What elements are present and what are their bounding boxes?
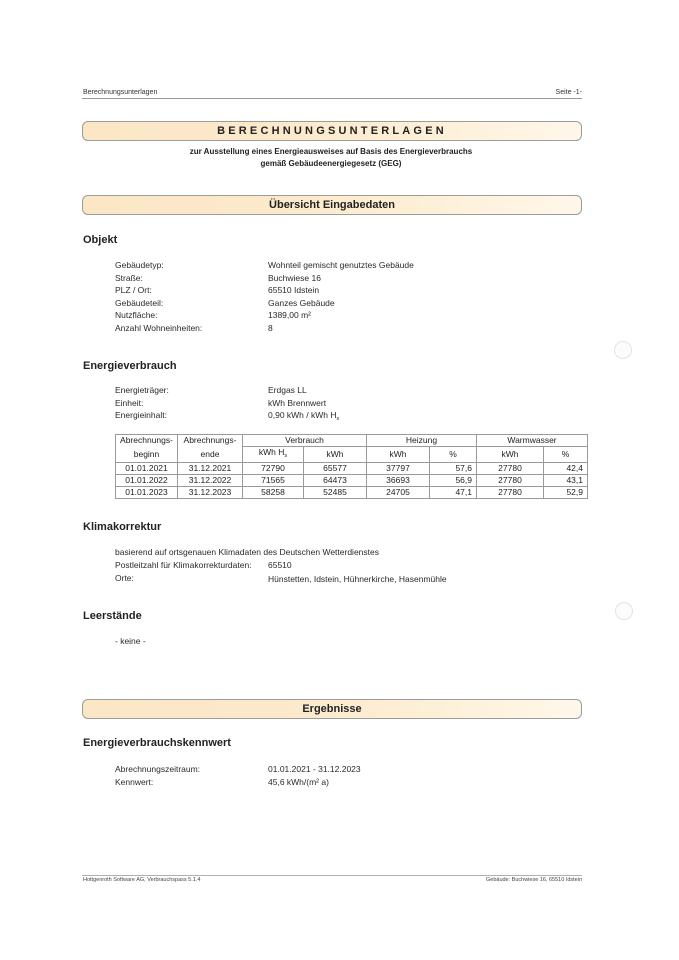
cell: 72790 (243, 463, 304, 475)
cell: 56,9 (430, 475, 477, 487)
page-header-title: Berechnungsunterlagen (83, 89, 157, 96)
cell: 27780 (477, 463, 544, 475)
col-header: kWh (304, 447, 367, 463)
klima-orte-label: Orte: (115, 573, 134, 583)
field-value: Wohnteil gemischt genutztes Gebäude (268, 259, 414, 272)
header-divider (82, 98, 582, 99)
objekt-row: Nutzfläche:1389,00 m² (115, 309, 414, 322)
objekt-details: Gebäudetyp:Wohnteil gemischt genutztes G… (115, 259, 414, 334)
section-title-klimakorrektur: Klimakorrektur (83, 521, 161, 533)
klima-orte-value: Hünstetten, Idstein, Hühnerkirche, Hasen… (268, 574, 447, 584)
objekt-row: PLZ / Ort:65510 Idstein (115, 284, 414, 297)
results-banner: Ergebnisse (82, 699, 582, 719)
table-row: 01.01.2023 31.12.2023 58258 52485 24705 … (116, 487, 588, 499)
cell: 47,1 (430, 487, 477, 499)
klima-plz-label: Postleitzahl für Klimakorrekturdaten: (115, 560, 252, 570)
cell: 37797 (367, 463, 430, 475)
subscript: s (284, 453, 287, 459)
klima-plz-value: 65510 (268, 560, 292, 570)
kennwert-row: Kennwert:45,6 kWh/(m² a) (115, 776, 361, 789)
table-row: 01.01.2022 31.12.2022 71565 64473 36693 … (116, 475, 588, 487)
cell: 58258 (243, 487, 304, 499)
col-group-header: Heizung (367, 435, 477, 447)
col-header: kWh (477, 447, 544, 463)
field-value: 8 (268, 322, 273, 335)
col-header: beginn (116, 447, 178, 463)
field-value: Erdgas LL (268, 384, 307, 397)
energie-row: Energieträger:Erdgas LL (115, 384, 339, 397)
field-label: Energieträger: (115, 384, 268, 397)
cell: 31.12.2021 (178, 463, 243, 475)
field-label: Nutzfläche: (115, 309, 268, 322)
cell: 42,4 (544, 463, 588, 475)
objekt-row: Gebäudetyp:Wohnteil gemischt genutztes G… (115, 259, 414, 272)
cell: 64473 (304, 475, 367, 487)
section-title-objekt: Objekt (83, 234, 117, 246)
energie-details: Energieträger:Erdgas LL Einheit:kWh Bren… (115, 384, 339, 426)
field-label: Kennwert: (115, 776, 268, 789)
cell: 65577 (304, 463, 367, 475)
section-title-leerstaende: Leerstände (83, 610, 142, 622)
objekt-row: Straße:Buchwiese 16 (115, 272, 414, 285)
col-header: % (544, 447, 588, 463)
col-header: Abrechnungs- (178, 435, 243, 447)
cell: 27780 (477, 475, 544, 487)
punch-hole-icon (615, 602, 633, 620)
klima-intro: basierend auf ortsgenauen Klimadaten des… (115, 547, 379, 557)
col-group-header: Warmwasser (477, 435, 588, 447)
subtitle: zur Ausstellung eines Energieausweises a… (0, 146, 662, 170)
field-label: Energieinhalt: (115, 409, 268, 426)
cell: 01.01.2023 (116, 487, 178, 499)
field-label: PLZ / Ort: (115, 284, 268, 297)
field-label: Gebäudetyp: (115, 259, 268, 272)
cell: 01.01.2021 (116, 463, 178, 475)
field-label: Abrechnungszeitraum: (115, 763, 268, 776)
field-label: Gebäudeteil: (115, 297, 268, 310)
col-header: % (430, 447, 477, 463)
field-label: Einheit: (115, 397, 268, 410)
objekt-row: Anzahl Wohneinheiten:8 (115, 322, 414, 335)
field-label: Straße: (115, 272, 268, 285)
cell: 31.12.2023 (178, 487, 243, 499)
table-row: 01.01.2021 31.12.2021 72790 65577 37797 … (116, 463, 588, 475)
energy-content-value: 0,90 kWh / kWh H (268, 410, 337, 420)
col-header: kWh (367, 447, 430, 463)
title-banner: BERECHNUNGSUNTERLAGEN (82, 121, 582, 141)
kennwert-details: Abrechnungszeitraum:01.01.2021 - 31.12.2… (115, 763, 361, 788)
cell: 71565 (243, 475, 304, 487)
col-group-header: Verbrauch (243, 435, 367, 447)
field-label: Anzahl Wohneinheiten: (115, 322, 268, 335)
footer-divider (82, 875, 582, 876)
cell: 36693 (367, 475, 430, 487)
cell: 01.01.2022 (116, 475, 178, 487)
kennwert-row: Abrechnungszeitraum:01.01.2021 - 31.12.2… (115, 763, 361, 776)
overview-banner: Übersicht Eingabedaten (82, 195, 582, 215)
section-title-energieverbrauch: Energieverbrauch (83, 360, 177, 372)
col-header-text: kWh H (259, 447, 285, 457)
cell: 24705 (367, 487, 430, 499)
field-value: 1389,00 m² (268, 309, 311, 322)
field-value: 65510 Idstein (268, 284, 319, 297)
table-subheader-row: beginn ende kWh Hs kWh kWh % kWh % (116, 447, 588, 463)
field-value: 0,90 kWh / kWh Hs (268, 409, 339, 426)
subtitle-line-2: gemäß Gebäudeenergiegesetz (GEG) (0, 158, 662, 170)
field-value: kWh Brennwert (268, 397, 326, 410)
subtitle-line-1: zur Ausstellung eines Energieausweises a… (0, 146, 662, 158)
punch-hole-icon (614, 341, 632, 359)
table-header-row: Abrechnungs- Abrechnungs- Verbrauch Heiz… (116, 435, 588, 447)
field-value: 45,6 kWh/(m² a) (268, 776, 329, 789)
page-number: Seite -1- (556, 89, 582, 96)
footer-software: Hottgenroth Software AG, Verbrauchspass … (83, 877, 200, 883)
col-header: ende (178, 447, 243, 463)
cell: 57,6 (430, 463, 477, 475)
objekt-row: Gebäudeteil:Ganzes Gebäude (115, 297, 414, 310)
cell: 31.12.2022 (178, 475, 243, 487)
consumption-table: Abrechnungs- Abrechnungs- Verbrauch Heiz… (115, 434, 588, 499)
energie-row: Einheit:kWh Brennwert (115, 397, 339, 410)
cell: 52,9 (544, 487, 588, 499)
energie-row: Energieinhalt:0,90 kWh / kWh Hs (115, 409, 339, 426)
field-value: 01.01.2021 - 31.12.2023 (268, 763, 361, 776)
field-value: Ganzes Gebäude (268, 297, 335, 310)
leerstand-value: - keine - (115, 636, 146, 646)
footer-building: Gebäude: Buchwiese 16, 65510 Idstein (486, 877, 582, 883)
cell: 43,1 (544, 475, 588, 487)
col-header: Abrechnungs- (116, 435, 178, 447)
cell: 52485 (304, 487, 367, 499)
subscript: s (337, 416, 340, 422)
col-header: kWh Hs (243, 447, 304, 463)
cell: 27780 (477, 487, 544, 499)
section-title-kennwert: Energieverbrauchskennwert (83, 737, 231, 749)
field-value: Buchwiese 16 (268, 272, 321, 285)
